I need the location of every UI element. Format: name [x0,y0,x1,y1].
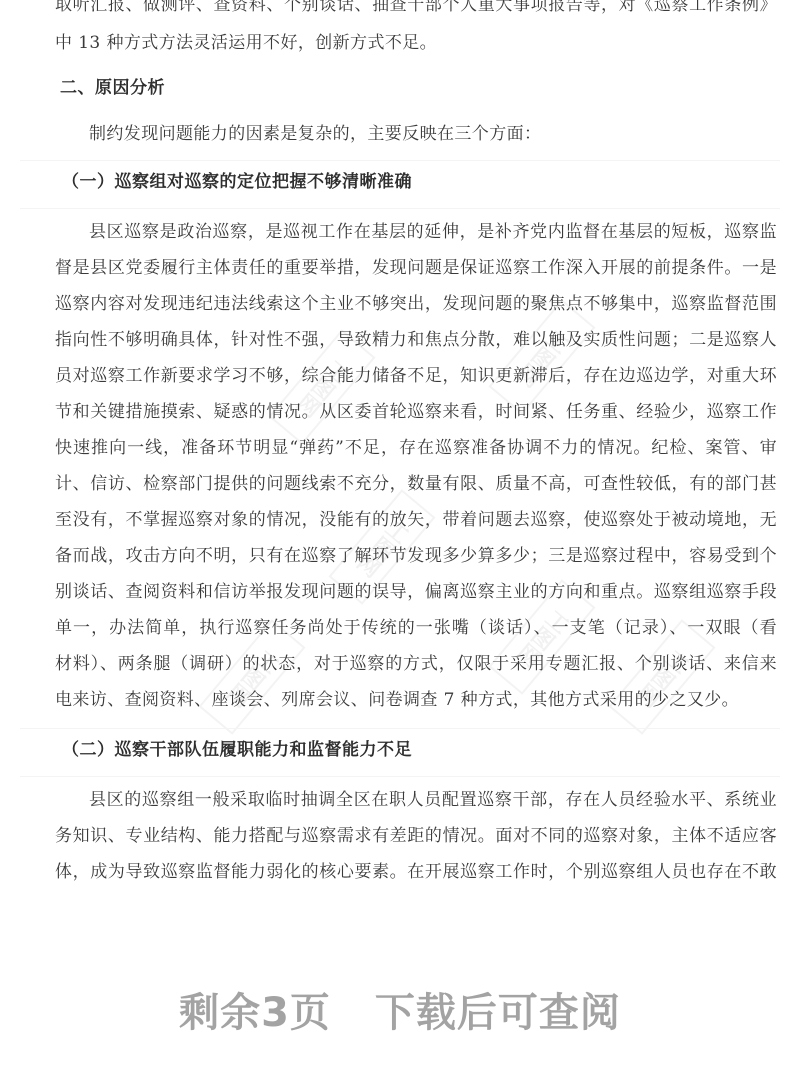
paragraph-line: 电来访、查阅资料、座谈会、列席会议、问卷调查 7 种方式，其他方式采用的少之又少… [55,689,739,711]
paragraph-line: 至没有，不掌握巡察对象的情况，没能有的放矢，带着问题去巡察，使巡察处于被动境地，… [55,509,777,531]
paragraph-line: 中 13 种方式方法灵活运用不好，创新方式不足。 [55,32,437,54]
paragraph-line: 员对巡察工作新要求学习不够，综合能力储备不足，知识更新滞后，存在边巡边学，对重大… [55,365,777,387]
subsection-heading-1: （一）巡察组对巡察的定位把握不够清晰准确 [62,171,412,193]
paragraph-line: 取听汇报、做测评、查资料、个别谈话、抽查干部个人重大事项报告等，对《巡察工作条例… [55,0,777,16]
divider [20,728,780,729]
divider [20,776,780,777]
intro-text: 制约发现问题能力的因素是复杂的，主要反映在三个方面： [89,123,541,145]
paragraph-line: 巡察内容对发现违纪违法线索这个主业不够突出，发现问题的聚焦点不够集中，巡察监督范… [55,293,777,315]
paragraph-line: 备而战，攻击方向不明，只有在巡察了解环节发现多少算多少；三是巡察过程中，容易受到… [55,545,777,567]
paragraph-line: 体，成为导致巡察监督能力弱化的核心要素。在开展巡察工作时，个别巡察组人员也存在不… [55,861,777,883]
divider [20,208,780,209]
section-heading: 二、原因分析 [60,77,165,99]
download-to-view-label: 下载后可查阅 [375,990,621,1036]
divider [20,160,780,161]
paragraph-line: 快速推向一线，准备环节明显“弹药”不足，存在巡察准备协调不力的情况。纪检、案管、… [55,437,777,459]
paragraph-line: 督是县区党委履行主体责任的重要举措，发现问题是保证巡察工作深入开展的前提条件。一… [55,257,777,279]
document-page: 工图网 工图网 工图网 工图网 工图网 工图网 取听汇报、做测评、查资料、个别谈… [0,0,800,900]
preview-limit-banner[interactable]: 剩余3页下载后可查阅 [0,985,800,1041]
paragraph-line: 务知识、专业结构、能力搭配与巡察需求有差距的情况。面对不同的巡察对象，主体不适应… [55,825,777,847]
paragraph-line: 单一，办法简单，执行巡察任务尚处于传统的一张嘴（谈话）、一支笔（记录）、一双眼（… [55,617,777,639]
paragraph-line: 别谈话、查阅资料和信访举报发现问题的误导，偏离巡察主业的方向和重点。巡察组巡察手… [55,581,777,603]
paragraph-line: 节和关键措施摸索、疑惑的情况。从区委首轮巡察来看，时间紧、任务重、经验少，巡察工… [55,401,777,423]
paragraph-line: 县区巡察是政治巡察，是巡视工作在基层的延伸，是补齐党内监督在基层的短板，巡察监 [89,221,777,243]
paragraph-line: 材料）、两条腿（调研）的状态，对于巡察的方式，仅限于采用专题汇报、个别谈话、来信… [55,653,777,675]
remaining-pages-label: 剩余3页 [179,990,331,1036]
paragraph-line: 县区的巡察组一般采取临时抽调全区在职人员配置巡察干部，存在人员经验水平、系统业 [89,789,777,811]
paragraph-line: 计、信访、检察部门提供的问题线索不充分，数量有限、质量不高，可查性较低，有的部门… [55,473,777,495]
subsection-heading-2: （二）巡察干部队伍履职能力和监督能力不足 [62,739,412,761]
paragraph-line: 指向性不够明确具体，针对性不强，导致精力和焦点分散，难以触及实质性问题；二是巡察… [55,329,777,351]
watermark-logo: 工图网 [489,299,596,415]
